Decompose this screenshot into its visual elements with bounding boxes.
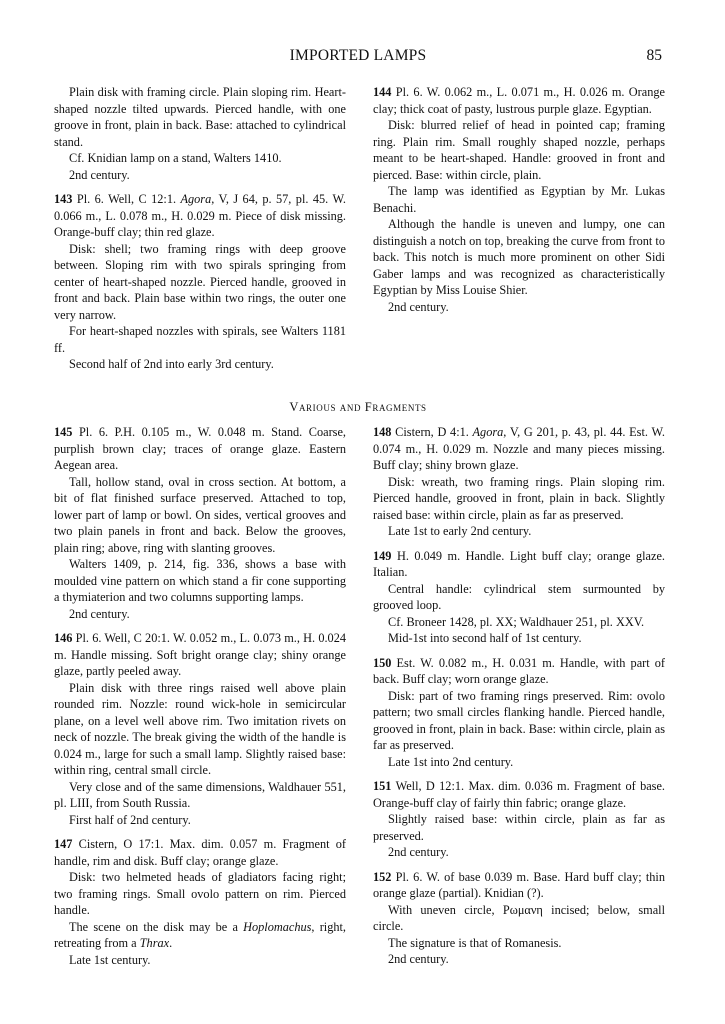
entry-number: 146 [54,631,72,645]
entry-header: 145 Pl. 6. P.H. 0.105 m., W. 0.048 m. St… [54,424,346,474]
entry-header: 143 Pl. 6. Well, C 12:1. Agora, V, J 64,… [54,191,346,241]
paragraph: Disk: blurred relief of head in pointed … [373,117,665,183]
running-head: IMPORTED LAMPS 85 [54,47,662,67]
entry-145: 145 Pl. 6. P.H. 0.105 m., W. 0.048 m. St… [54,424,346,622]
text: The scene on the disk may be a [69,920,243,934]
paragraph: Disk: shell; two framing rings with deep… [54,241,346,324]
entry-142-continued: Plain disk with framing circle. Plain sl… [54,84,346,183]
entry-header: 150 Est. W. 0.082 m., H. 0.031 m. Handle… [373,655,665,688]
entry-150: 150 Est. W. 0.082 m., H. 0.031 m. Handle… [373,655,665,771]
top-right-column: 144 Pl. 6. W. 0.062 m., L. 0.071 m., H. … [373,84,665,323]
entry-header: 152 Pl. 6. W. of base 0.039 m. Base. Har… [373,869,665,902]
paragraph: Disk: part of two framing rings preserve… [373,688,665,754]
entry-header: 146 Pl. 6. Well, C 20:1. W. 0.052 m., L.… [54,630,346,680]
publication-title: Agora [181,192,212,206]
entry-number: 151 [373,779,391,793]
entry-header-text: Cistern, D 4:1. [391,425,472,439]
document-page: IMPORTED LAMPS 85 Plain disk with framin… [0,0,725,1024]
entry-number: 149 [373,549,391,563]
entry-148: 148 Cistern, D 4:1. Agora, V, G 201, p. … [373,424,665,540]
entry-header-text: Well, D 12:1. Max. dim. 0.036 m. Fragmen… [373,779,665,810]
entry-header-text: Cistern, O 17:1. Max. dim. 0.057 m. Frag… [54,837,346,868]
paragraph: Cf. Knidian lamp on a stand, Walters 141… [54,150,346,167]
paragraph: Very close and of the same dimensions, W… [54,779,346,812]
paragraph: Plain disk with framing circle. Plain sl… [54,84,346,150]
paragraph: The signature is that of Romanesis. [373,935,665,952]
entry-header: 148 Cistern, D 4:1. Agora, V, G 201, p. … [373,424,665,474]
entry-number: 144 [373,85,391,99]
text: . [169,936,172,950]
paragraph: For heart-shaped nozzles with spirals, s… [54,323,346,356]
entry-header-text: Pl. 6. Well, C 12:1. [72,192,180,206]
entry-152: 152 Pl. 6. W. of base 0.039 m. Base. Har… [373,869,665,968]
bottom-left-column: 145 Pl. 6. P.H. 0.105 m., W. 0.048 m. St… [54,424,346,976]
paragraph: Central handle: cylindrical stem surmoun… [373,581,665,614]
entry-number: 147 [54,837,72,851]
entry-147: 147 Cistern, O 17:1. Max. dim. 0.057 m. … [54,836,346,968]
entry-151: 151 Well, D 12:1. Max. dim. 0.036 m. Fra… [373,778,665,861]
paragraph: Although the handle is uneven and lumpy,… [373,216,665,299]
entry-header-text: Pl. 6. Well, C 20:1. W. 0.052 m., L. 0.0… [54,631,346,678]
entry-header-text: Pl. 6. P.H. 0.105 m., W. 0.048 m. Stand.… [54,425,346,472]
paragraph: Late 1st to early 2nd century. [373,523,665,540]
entry-header: 151 Well, D 12:1. Max. dim. 0.036 m. Fra… [373,778,665,811]
entry-number: 145 [54,425,72,439]
paragraph: Slightly raised base: within circle, pla… [373,811,665,844]
publication-title: Agora [473,425,504,439]
entry-number: 148 [373,425,391,439]
entry-header-text: H. 0.049 m. Handle. Light buff clay; ora… [373,549,665,580]
entry-143: 143 Pl. 6. Well, C 12:1. Agora, V, J 64,… [54,191,346,373]
entry-144: 144 Pl. 6. W. 0.062 m., L. 0.071 m., H. … [373,84,665,315]
paragraph: Second half of 2nd into early 3rd centur… [54,356,346,373]
bottom-right-column: 148 Cistern, D 4:1. Agora, V, G 201, p. … [373,424,665,976]
page-title: IMPORTED LAMPS [54,47,662,65]
paragraph: 2nd century. [373,299,665,316]
paragraph: The lamp was identified as Egyptian by M… [373,183,665,216]
entry-header: 144 Pl. 6. W. 0.062 m., L. 0.071 m., H. … [373,84,665,117]
entry-146: 146 Pl. 6. Well, C 20:1. W. 0.052 m., L.… [54,630,346,828]
paragraph: The scene on the disk may be a Hoplomach… [54,919,346,952]
page-number: 85 [647,47,663,65]
paragraph: 2nd century. [54,167,346,184]
paragraph: 2nd century. [54,606,346,623]
paragraph: Late 1st into 2nd century. [373,754,665,771]
paragraph: 2nd century. [373,844,665,861]
entry-header-text: Est. W. 0.082 m., H. 0.031 m. Handle, wi… [373,656,665,687]
paragraph: Walters 1409, p. 214, fig. 336, shows a … [54,556,346,606]
entry-number: 143 [54,192,72,206]
paragraph: With uneven circle, Ρωμανη incised; belo… [373,902,665,935]
paragraph: 2nd century. [373,951,665,968]
entry-header-text: Pl. 6. W. 0.062 m., L. 0.071 m., H. 0.02… [373,85,665,116]
italic-term: Thrax [140,936,169,950]
italic-term: Hoplomachus [243,920,311,934]
entry-header-text: Pl. 6. W. of base 0.039 m. Base. Hard bu… [373,870,665,901]
entry-header: 149 H. 0.049 m. Handle. Light buff clay;… [373,548,665,581]
paragraph: Late 1st century. [54,952,346,969]
paragraph: Plain disk with three rings raised well … [54,680,346,779]
section-heading: Various and Fragments [54,400,662,415]
paragraph: Cf. Broneer 1428, pl. XX; Waldhauer 251,… [373,614,665,631]
paragraph: Mid-1st into second half of 1st century. [373,630,665,647]
entry-149: 149 H. 0.049 m. Handle. Light buff clay;… [373,548,665,647]
entry-header: 147 Cistern, O 17:1. Max. dim. 0.057 m. … [54,836,346,869]
paragraph: Disk: two helmeted heads of gladiators f… [54,869,346,919]
paragraph: First half of 2nd century. [54,812,346,829]
top-left-column: Plain disk with framing circle. Plain sl… [54,84,346,381]
entry-number: 152 [373,870,391,884]
entry-number: 150 [373,656,391,670]
paragraph: Disk: wreath, two framing rings. Plain s… [373,474,665,524]
paragraph: Tall, hollow stand, oval in cross sectio… [54,474,346,557]
